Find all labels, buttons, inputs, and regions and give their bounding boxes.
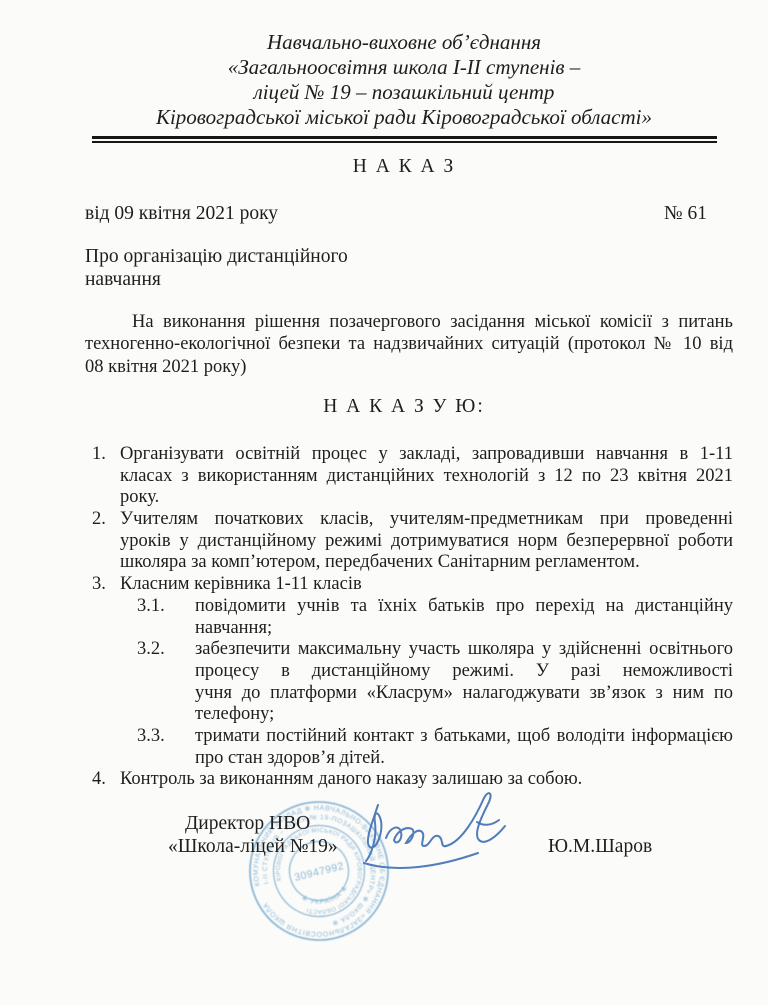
list-subitem: 3.3. тримати постійний контакт з батькам…: [137, 726, 733, 769]
list-item-line: процесу в дистанційному режимі. У разі н…: [195, 661, 733, 683]
order-number: № 61: [664, 203, 707, 225]
list-item-number: 3.2.: [137, 639, 165, 661]
preamble-line: На виконання рішення позачергового засід…: [85, 311, 733, 333]
svg-text:✻ УКРАЇНА ✻: ✻ УКРАЇНА ✻: [299, 883, 352, 912]
list-item-line: року.: [120, 487, 733, 509]
signer-name: Ю.М.Шаров: [548, 836, 652, 858]
preamble: На виконання рішення позачергового засід…: [85, 311, 733, 377]
list-item-line: навчання;: [195, 618, 733, 640]
list-item-line: забезпечити максимальну участь школяра у…: [195, 639, 733, 661]
signer-role-line: Директор НВО: [185, 813, 310, 835]
subject-line: Про організацію дистанційного: [85, 245, 348, 268]
letterhead: Навчально-виховне об’єднання «Загальноос…: [92, 30, 716, 130]
preamble-line: техногенно-екологічної безпеки та надзви…: [85, 333, 733, 355]
preamble-line: 08 квітня 2021 року): [85, 356, 733, 378]
letterhead-line: «Загальноосвітня школа І-ІІ ступенів –: [92, 55, 716, 80]
subject-line: навчання: [85, 268, 348, 291]
list-item-number: 3.3.: [137, 726, 165, 748]
list-subitem: 3.2. забезпечити максимальну участь школ…: [137, 639, 733, 726]
list-item-line: класах з використанням дистанційних техн…: [120, 466, 733, 488]
list-subitem: 3.1. повідомити учнів та їхніх батьків п…: [137, 596, 733, 639]
list-item-number: 1.: [92, 444, 106, 466]
order-title: Н А К А З: [92, 156, 716, 178]
stamp-code: 30947992: [293, 860, 345, 884]
list-item-line: Організувати освітній процес у закладі, …: [120, 444, 733, 466]
list-item-line: Класним керівника 1-11 класів: [120, 574, 733, 596]
list-item-line: Учителям початкових класів, учителям-пре…: [120, 509, 733, 531]
signer-role-line: «Школа-ліцей №19»: [168, 836, 338, 858]
order-date: від 09 квітня 2021 року: [85, 203, 278, 225]
list-item-number: 3.: [92, 574, 106, 596]
handwritten-signature-icon: [356, 781, 526, 891]
list-item-number: 2.: [92, 509, 106, 531]
letterhead-line: ліцей № 19 – позашкільний центр: [92, 80, 716, 105]
list-item: 3. Класним керівника 1-11 класів: [92, 574, 733, 596]
document-page: Навчально-виховне об’єднання «Загальноос…: [0, 0, 768, 1005]
list-item-line: учня до платформи «Класрум» налагоджуват…: [195, 683, 733, 705]
list-item-line: телефону;: [195, 704, 733, 726]
letterhead-divider: [92, 136, 717, 143]
order-items: 1. Організувати освітній процес у заклад…: [92, 444, 733, 791]
list-item-line: тримати постійний контакт з батьками, що…: [195, 726, 733, 748]
list-item: 1. Організувати освітній процес у заклад…: [92, 444, 733, 509]
letterhead-line: Навчально-виховне об’єднання: [92, 30, 716, 55]
list-item-number: 4.: [92, 769, 106, 791]
order-subject: Про організацію дистанційного навчання: [85, 245, 348, 291]
list-item-line: школяра за комп’ютером, передбачених Сан…: [120, 552, 733, 574]
letterhead-line: Кіровоградської міської ради Кіровоградс…: [92, 105, 716, 130]
list-item-line: про стан здоров’я дітей.: [195, 748, 733, 770]
list-item-number: 3.1.: [137, 596, 165, 618]
stamp-country-text: ✻ УКРАЇНА ✻: [299, 883, 352, 912]
resolve-heading: Н А К А З У Ю:: [92, 396, 716, 418]
list-item: 2. Учителям початкових класів, учителям-…: [92, 509, 733, 574]
list-item-line: уроків у дистанційному режимі дотримуват…: [120, 531, 733, 553]
list-item-line: повідомити учнів та їхніх батьків про пе…: [195, 596, 733, 618]
